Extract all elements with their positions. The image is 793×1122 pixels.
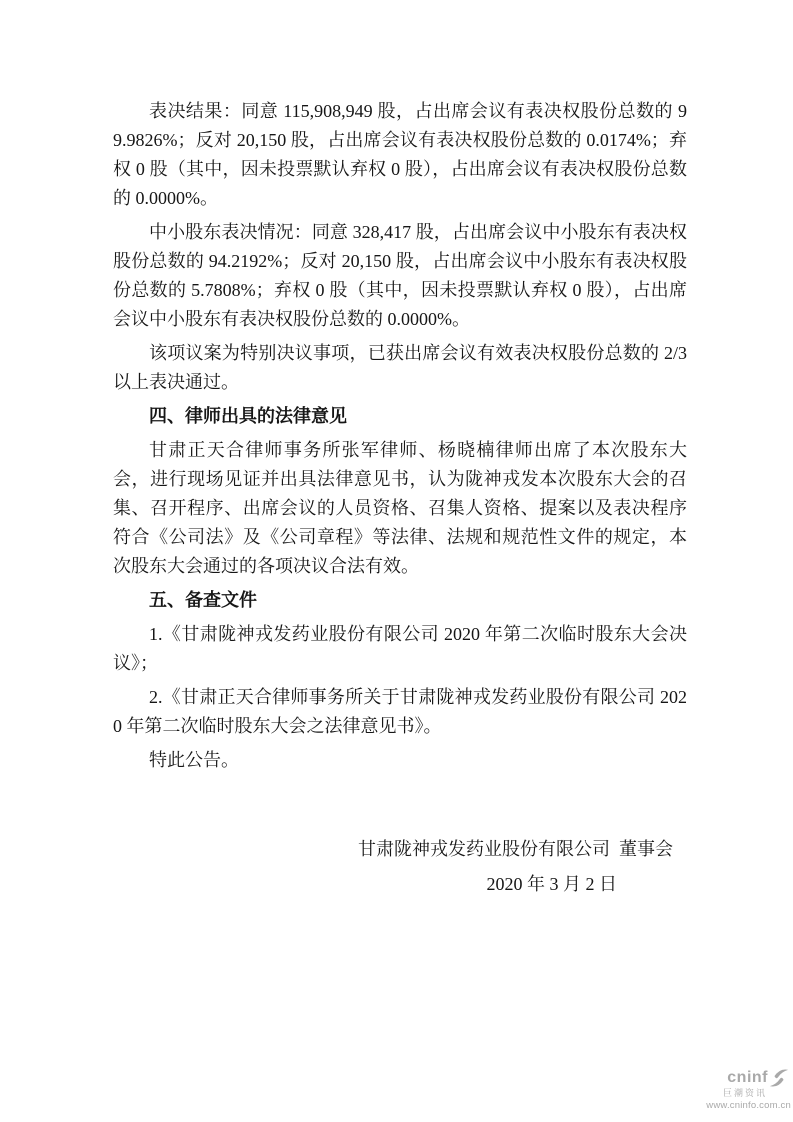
paragraph-legal-opinion-detail: 甘肃正天合律师事务所张军律师、杨晓楠律师出席了本次股东大会，进行现场见证并出具法… [113, 436, 687, 581]
paragraph-minority-shareholder-vote: 中小股东表决情况：同意 328,417 股，占出席会议中小股东有表决权股份总数的… [113, 218, 687, 334]
signature-date-line: 2020 年 3 月 2 日 [113, 870, 687, 899]
cninfo-url-text: www.cninfo.com.cn [691, 1101, 791, 1111]
heading-reference-documents: 五、备查文件 [113, 586, 687, 615]
heading-legal-opinion: 四、律师出具的法律意见 [113, 402, 687, 431]
document-page: 表决结果：同意 115,908,949 股，占出席会议有表决权股份总数的 99.… [0, 0, 793, 1122]
cninfo-watermark: cninf 巨潮资讯 www.cninfo.com.cn [691, 1068, 791, 1111]
cninfo-swoosh-icon [769, 1068, 789, 1088]
signature-block: 甘肃陇神戎发药业股份有限公司 董事会 2020 年 3 月 2 日 [113, 835, 687, 899]
document-body: 表决结果：同意 115,908,949 股，占出席会议有表决权股份总数的 99.… [113, 97, 687, 899]
paragraph-reference-doc-1: 1.《甘肃陇神戎发药业股份有限公司 2020 年第二次临时股东大会决议》； [113, 620, 687, 678]
cninfo-chinese-name: 巨潮资讯 [691, 1089, 791, 1098]
cninfo-logo-row: cninf [691, 1068, 791, 1088]
paragraph-announcement-close: 特此公告。 [113, 746, 687, 775]
signature-company-line: 甘肃陇神戎发药业股份有限公司 董事会 [113, 835, 687, 864]
paragraph-special-resolution-note: 该项议案为特别决议事项，已获出席会议有效表决权股份总数的 2/3 以上表决通过。 [113, 339, 687, 397]
cninfo-brand-text: cninf [727, 1070, 768, 1086]
paragraph-vote-result: 表决结果：同意 115,908,949 股，占出席会议有表决权股份总数的 99.… [113, 97, 687, 213]
paragraph-reference-doc-2: 2.《甘肃正天合律师事务所关于甘肃陇神戎发药业股份有限公司 2020 年第二次临… [113, 683, 687, 741]
